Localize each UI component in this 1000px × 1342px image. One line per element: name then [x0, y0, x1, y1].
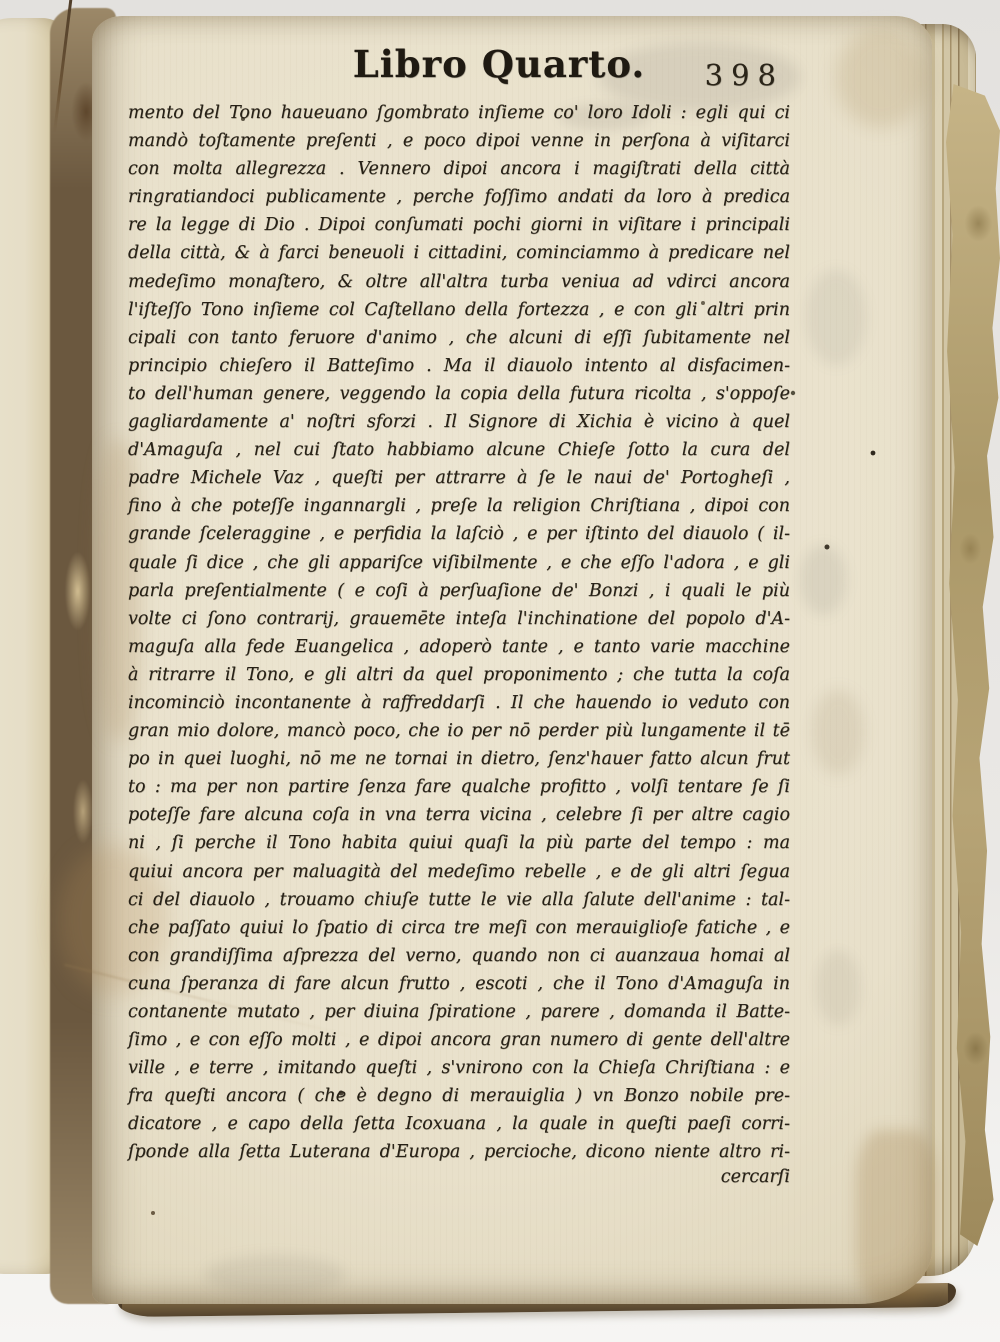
- text-line: à ritrarre il Tono, e gli altri da quel …: [128, 661, 790, 689]
- text-line: cipali con tanto feruore d'animo , che a…: [128, 324, 790, 352]
- text-line: fino à che poteſſe ingannargli , preſe l…: [128, 492, 790, 520]
- text-line: parla preſentialmente ( e coſi à perſuaſ…: [128, 577, 790, 605]
- text-line: grande ſceleraggine , e perfidia la laſc…: [128, 520, 790, 548]
- text-line: incominciò incontanente à raffreddarſi .…: [128, 689, 790, 717]
- text-line: contanente mutato , per diuina ſpiration…: [128, 998, 790, 1026]
- text-line: dicatore , e capo della ſetta Icoxuana ,…: [128, 1110, 790, 1138]
- text-line: fra queſti ancora ( che è degno di merau…: [128, 1082, 790, 1110]
- text-line: ſimo , e con eſſo molti , e dipoi ancora…: [128, 1026, 790, 1054]
- text-line: gagliardamente a' noſtri sforzi . Il Sig…: [128, 408, 790, 436]
- text-line: padre Michele Vaz , queſti per attrarre …: [128, 464, 790, 492]
- text-line: con molta allegrezza . Vennero dipoi anc…: [128, 155, 790, 183]
- text-line: principio chieſero il Batteſimo . Ma il …: [128, 352, 790, 380]
- text-line: ni , ſi perche il Tono habita quiui quaſ…: [128, 829, 790, 857]
- text-line: to dell'human genere, veggendo la copia …: [128, 380, 790, 408]
- text-line: l'iſteſſo Tono inſieme col Caſtellano de…: [128, 296, 790, 324]
- text-line: gran mio dolore, mancò poco, che io per …: [128, 717, 790, 745]
- text-line: medeſimo monaſtero, & oltre all'altra tu…: [128, 268, 790, 296]
- text-line: della città, & à farci beneuoli i cittad…: [128, 239, 790, 267]
- catchword: cercarſi: [128, 1167, 790, 1187]
- text-line: ſponde alla ſetta Luterana d'Europa , pe…: [128, 1138, 790, 1166]
- text-line: poteſſe fare alcuna coſa in vna terra vi…: [128, 801, 790, 829]
- text-line: maguſa alla fede Euangelica , adoperò ta…: [128, 633, 790, 661]
- text-line: che paſſato quiui lo ſpatio di circa tre…: [128, 914, 790, 942]
- text-line: cuna ſperanza di fare alcun frutto , esc…: [128, 970, 790, 998]
- body-text: mento del Tono haueuano ſgombrato inſiem…: [128, 99, 790, 1167]
- text-line: con grandiſſima aſprezza del verno, quan…: [128, 942, 790, 970]
- text-line: d'Amaguſa , nel cui ſtato habbiamo alcun…: [128, 436, 790, 464]
- text-line: to : ma per non partire ſenza fare qualc…: [128, 773, 790, 801]
- text-line: po in quei luoghi, nō me ne tornai in di…: [128, 745, 790, 773]
- text-line: quiui ancora per maluagità del medeſimo …: [128, 858, 790, 886]
- text-line: ville , e terre , imitando queſti , s'vn…: [128, 1054, 790, 1082]
- page-number: 398: [705, 58, 784, 92]
- book-photo: Libro Quarto. 398 mento del Tono haueuan…: [0, 0, 1000, 1342]
- text-line: mandò toſtamente preſenti , e poco dipoi…: [128, 127, 790, 155]
- text-line: ci del diauolo , trouamo chiuſe tutte le…: [128, 886, 790, 914]
- text-line: re la legge di Dio . Dipoi conſumati poc…: [128, 211, 790, 239]
- text-line: quale ſi dice , che gli appariſce viſibi…: [128, 549, 790, 577]
- printed-content: Libro Quarto. 398 mento del Tono haueuan…: [0, 0, 1000, 1342]
- text-line: ringratiandoci publicamente , perche foſ…: [128, 183, 790, 211]
- running-title: Libro Quarto.: [353, 42, 646, 86]
- text-line: mento del Tono haueuano ſgombrato inſiem…: [128, 99, 790, 127]
- text-line: volte ci ſono contrarij, grauemēte inteſ…: [128, 605, 790, 633]
